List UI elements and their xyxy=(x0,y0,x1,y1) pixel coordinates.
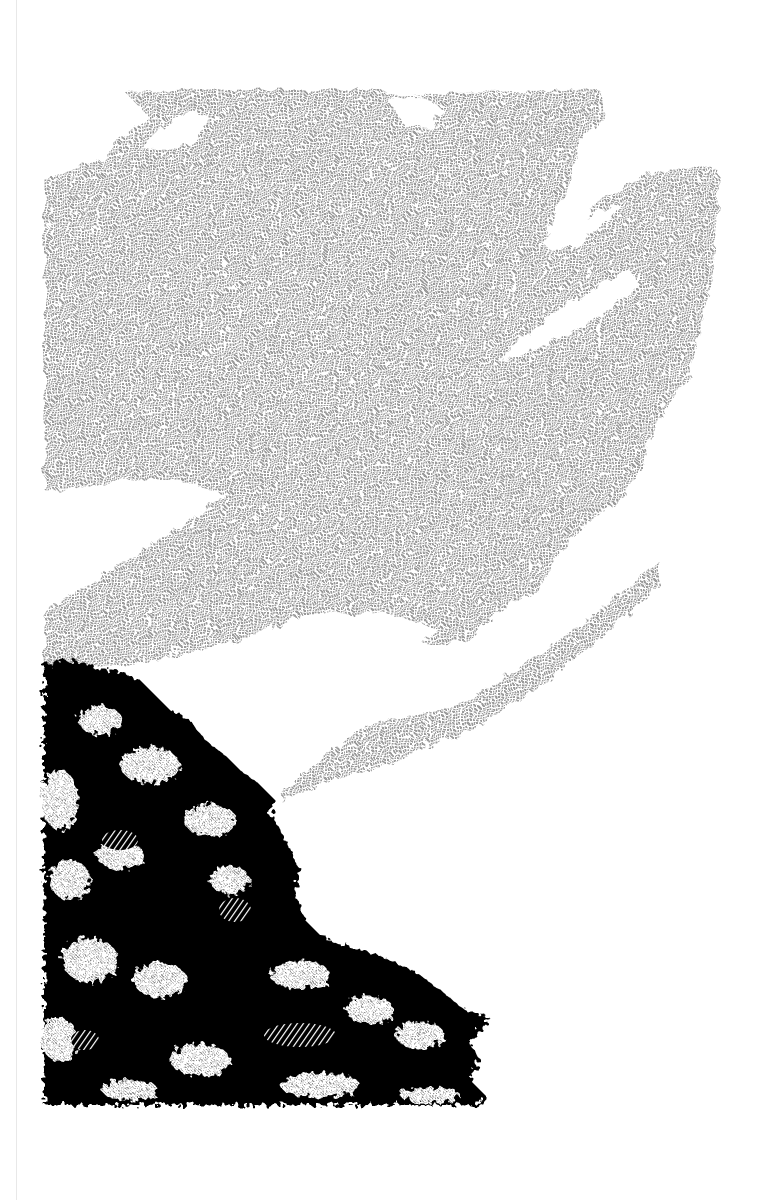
illustration-panel xyxy=(0,0,772,1200)
